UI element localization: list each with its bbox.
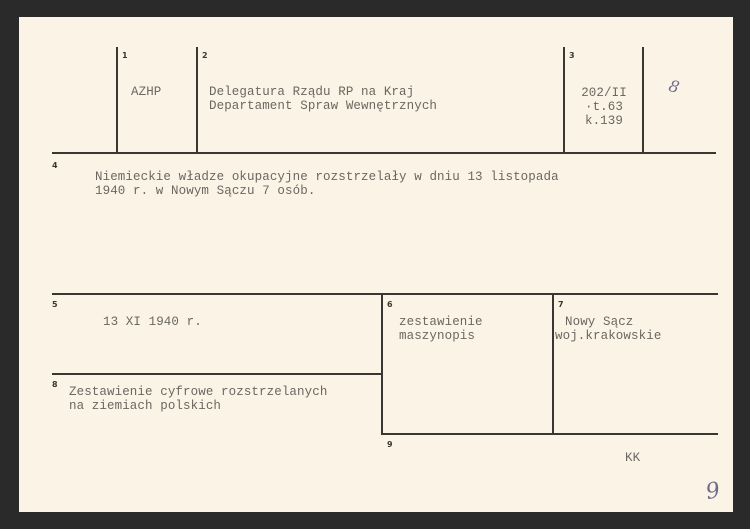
- field-number-2: 2: [202, 51, 208, 60]
- field-number-7: 7: [558, 300, 564, 309]
- place-line-2: woj.krakowskie: [555, 329, 661, 343]
- date-field: 13 XI 1940 r.: [103, 315, 202, 329]
- divider-field-7-left: [552, 293, 554, 435]
- creator-line-1: Delegatura Rządu RP na Kraj: [209, 85, 414, 99]
- field-number-5: 5: [52, 300, 58, 309]
- source-title-line-2: na ziemiach polskich: [69, 399, 221, 413]
- divider-top-horizontal: [52, 152, 716, 154]
- source-title-line-1: Zestawienie cyfrowe rozstrzelanych: [69, 385, 327, 399]
- field-number-9: 9: [387, 440, 393, 449]
- description-line-2: 1940 r. w Nowym Sączu 7 osób.: [95, 184, 315, 198]
- signature-line-2: ·t.63: [565, 100, 643, 114]
- signature-line-3: k.139: [565, 114, 643, 128]
- field-number-6: 6: [387, 300, 393, 309]
- archive-field: AZHP: [131, 85, 161, 99]
- document-type-line-1: zestawienie: [399, 315, 483, 329]
- field-number-8: 8: [52, 380, 58, 389]
- field-number-3: 3: [569, 51, 575, 60]
- handwritten-mark-top: 8: [667, 76, 682, 97]
- creator-line-2: Departament Spraw Wewnętrznych: [209, 99, 437, 113]
- index-card: 1 2 3 4 5 6 7 8 9 AZHP Delegatura Rządu …: [19, 17, 733, 512]
- divider-field-6-left: [381, 293, 383, 435]
- divider-middle-horizontal: [52, 293, 718, 295]
- initials: KK: [625, 451, 640, 465]
- description-line-1: Niemieckie władze okupacyjne rozstrzelał…: [95, 170, 559, 184]
- document-type-line-2: maszynopis: [399, 329, 475, 343]
- signature-line-1: 202/II: [565, 86, 643, 100]
- field-number-1: 1: [122, 51, 128, 60]
- handwritten-mark-bottom: 9: [704, 478, 722, 505]
- field-number-4: 4: [52, 161, 58, 170]
- divider-field-1: [116, 47, 118, 154]
- divider-field-5-bottom: [52, 373, 382, 375]
- divider-field-2: [196, 47, 198, 154]
- divider-bottom-horizontal: [381, 433, 718, 435]
- place-line-1: Nowy Sącz: [565, 315, 633, 329]
